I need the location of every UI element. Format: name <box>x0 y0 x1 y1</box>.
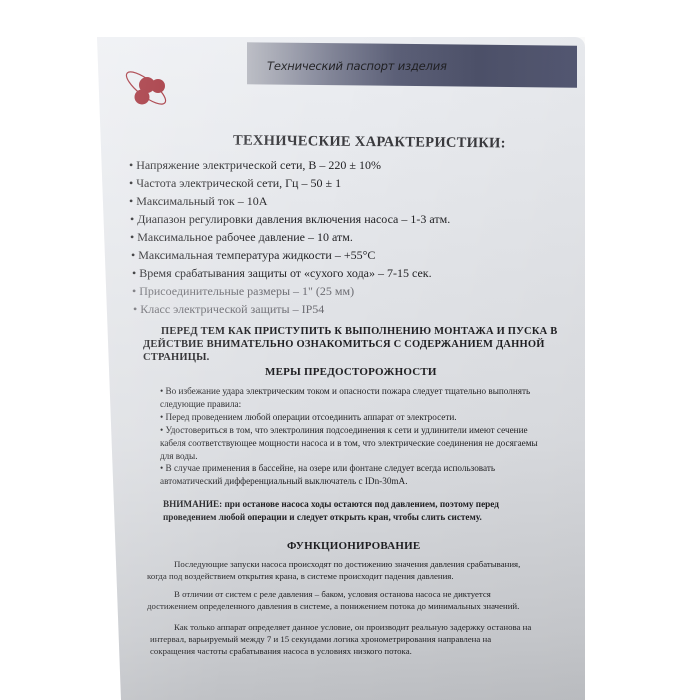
warning-line: ВНИМАНИЕ: при останове насоса ходы остаю… <box>163 499 499 509</box>
operation-line: Как только аппарат определяет данное усл… <box>174 622 531 632</box>
precaution-line: • В случае применения в бассейне, на озе… <box>160 463 495 473</box>
operation-line: интервал, варьируемый между 7 и 15 секун… <box>150 634 491 644</box>
operation-title: ФУНКЦИОНИРОВАНИЕ <box>287 540 420 552</box>
red-molecule-logo-icon <box>122 62 172 112</box>
spec-item: • Присоединительные размеры – 1" (25 мм) <box>132 284 354 299</box>
operation-line: достижением определенного давления в сис… <box>147 601 519 611</box>
notice-line: ДЕЙСТВИЕ ВНИМАТЕЛЬНО ОЗНАКОМИТЬСЯ С СОДЕ… <box>143 339 545 350</box>
operation-line: В отличии от систем с реле давления – ба… <box>174 589 491 599</box>
banner-title: Технический паспорт изделия <box>267 59 447 73</box>
precaution-line: следующие правила: <box>160 399 241 409</box>
precautions-title: МЕРЫ ПРЕДОСТОРОЖНОСТИ <box>265 366 437 378</box>
precaution-line: • Во избежание удара электрическим током… <box>160 386 530 396</box>
specs-title: ТЕХНИЧЕСКИЕ ХАРАКТЕРИСТИКИ: <box>233 133 506 153</box>
precaution-line: для воды. <box>160 451 198 461</box>
notice-line: СТРАНИЦЫ. <box>143 352 209 363</box>
document-page: Технический паспорт изделия ТЕХНИЧЕСКИЕ … <box>97 37 585 700</box>
precaution-line: • Перед проведением любой операции отсое… <box>160 412 457 422</box>
spec-item: • Максимальная температура жидкости – +5… <box>131 248 375 263</box>
precaution-line: автоматический дифференциальный выключат… <box>160 476 408 486</box>
spec-item: • Напряжение электрической сети, В – 220… <box>129 158 381 173</box>
spec-item: • Время срабатывания защиты от «сухого х… <box>132 266 432 281</box>
spec-item: • Диапазон регулировки давления включени… <box>130 212 450 227</box>
spec-item: • Максимальное рабочее давление – 10 атм… <box>130 230 353 245</box>
spec-item: • Класс электрической защиты – IP54 <box>133 302 324 317</box>
precaution-line: кабеля соответствующее мощности насоса и… <box>160 438 538 448</box>
spec-item: • Максимальный ток – 10А <box>129 194 267 209</box>
spec-item: • Частота электрической сети, Гц – 50 ± … <box>129 176 341 191</box>
precaution-line: • Удостовериться в том, что электролиния… <box>160 425 528 435</box>
operation-line: сокращения частоты срабатывания насоса в… <box>150 646 412 656</box>
operation-line: Последующие запуски насоса происходят по… <box>174 559 520 569</box>
header-banner <box>247 42 577 87</box>
notice-line: ПЕРЕД ТЕМ КАК ПРИСТУПИТЬ К ВЫПОЛНЕНИЮ МО… <box>161 326 557 337</box>
warning-line: проведением любой операции и следует отк… <box>163 512 482 522</box>
operation-line: когда под воздействием открытия крана, в… <box>147 571 454 581</box>
